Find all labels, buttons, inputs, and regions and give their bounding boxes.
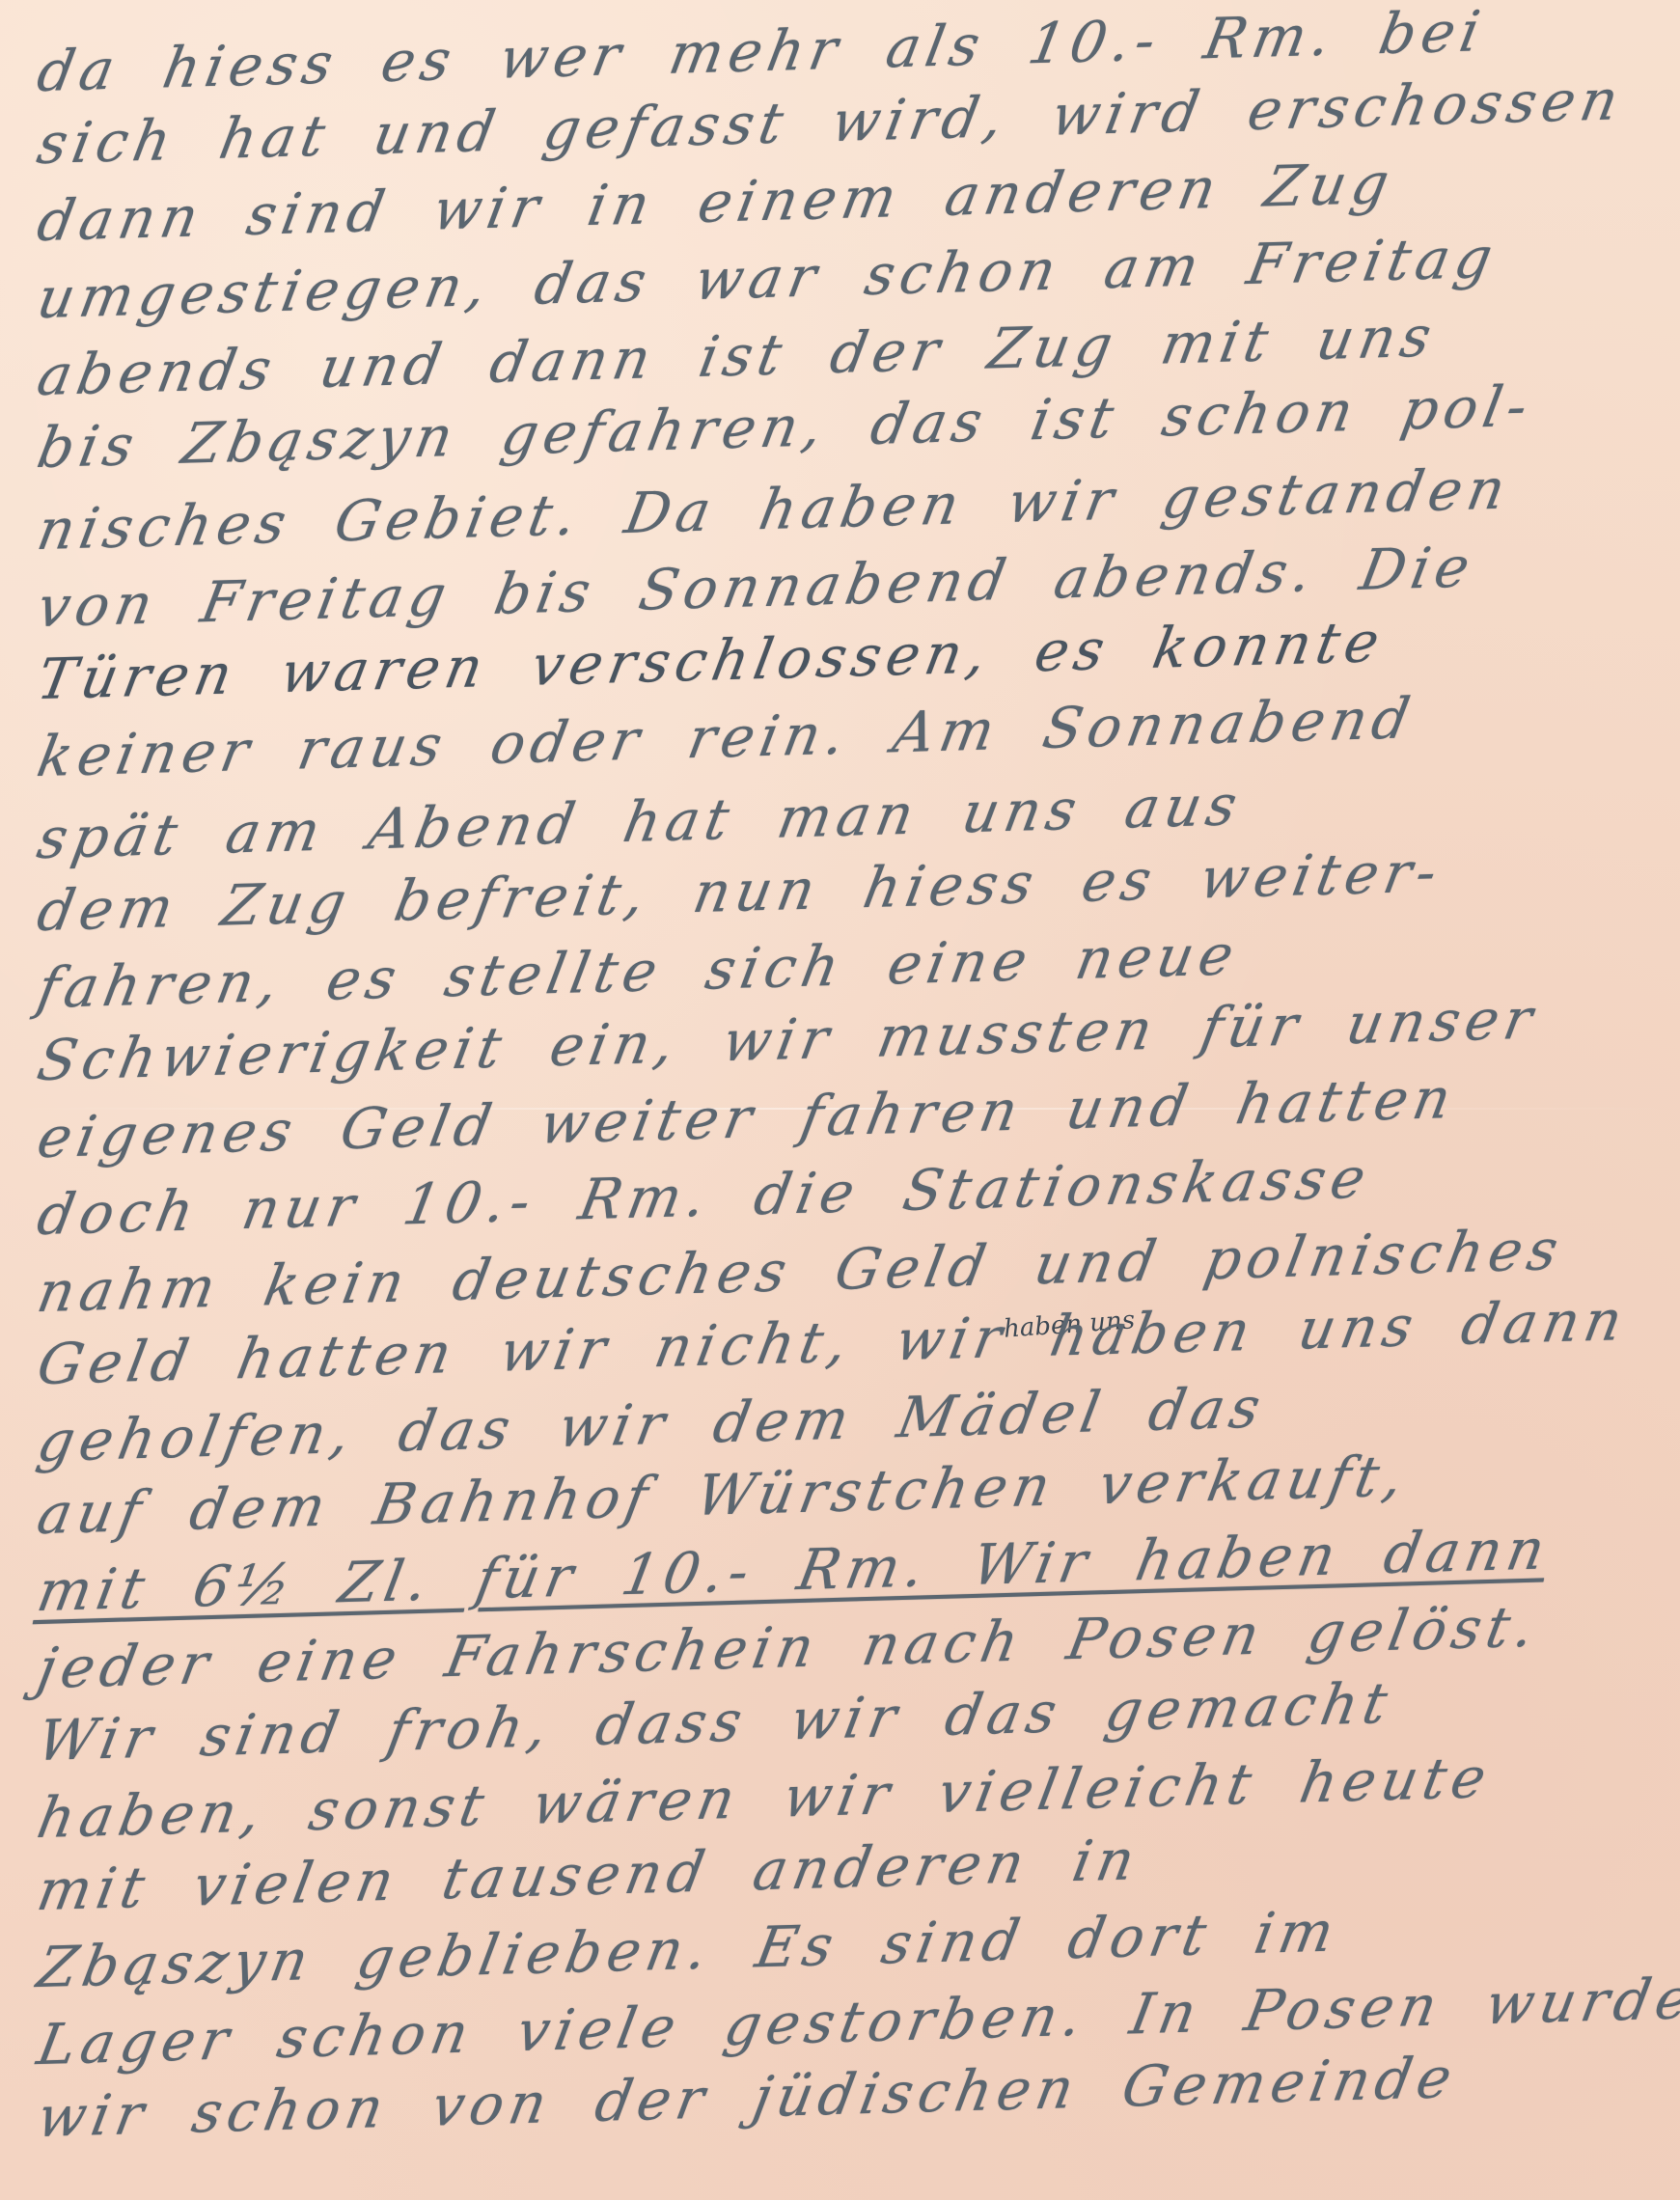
letter-page: da hiess es wer mehr als 10.- Rm. bei si… xyxy=(0,0,1680,2200)
